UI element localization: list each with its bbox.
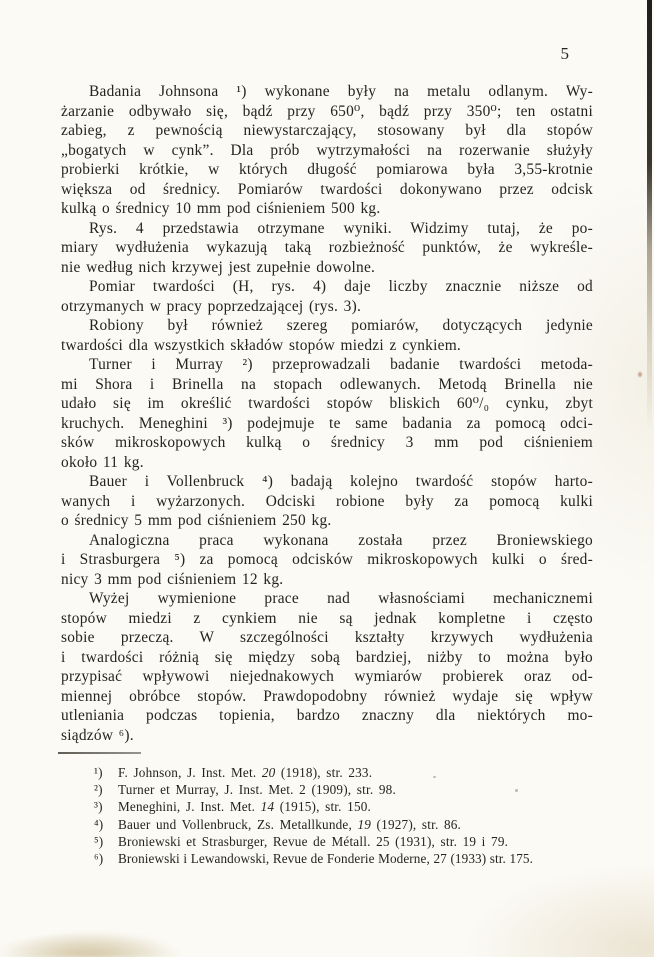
text-line: Analogiczna praca wykonana została przez… [61, 531, 593, 551]
text-line: Turner i Murray ²) przeprowadzali badani… [61, 355, 593, 375]
paper-speck [638, 372, 642, 377]
text-line: sków mikroskopowych kulką o średnicy 3 m… [61, 433, 593, 453]
footnote-citation: Meneghini, J. Inst. Met. [118, 799, 261, 814]
footnote-text: Broniewski i Lewandowski, Revue de Fonde… [118, 850, 593, 867]
footnote-pages: (1915), str. 150. [274, 799, 371, 814]
text-line: Bauer i Vollenbruck ⁴) badają kolejno tw… [61, 472, 593, 492]
footnote-row: ¹) F. Johnson, J. Inst. Met. 20 (1918), … [61, 764, 593, 781]
footnote-pages: (1933) str. 175. [447, 851, 533, 866]
paragraph: Analogiczna praca wykonana została przez… [61, 531, 593, 590]
body-text: Badania Johnsona ¹) wykonane były na met… [61, 82, 593, 745]
footnotes: ¹) F. Johnson, J. Inst. Met. 20 (1918), … [61, 764, 593, 867]
footnote-citation: Bauer und Vollenbruck, Zs. Metallkunde, [118, 817, 357, 832]
footnote-citation: Broniewski i Lewandowski, Revue de Fonde… [118, 851, 433, 866]
text-line: utleniania podczas topienia, bardzo znac… [61, 706, 593, 726]
text-line: „bogatych w cynk”. Dla prób wytrzymałośc… [61, 141, 593, 161]
paragraph: Badania Johnsona ¹) wykonane były na met… [61, 82, 593, 219]
paragraph: Wyżej wymienione prace nad własnościami … [61, 589, 593, 745]
text-line: i Strasburgera ⁵) za pomocą odcisków mik… [61, 550, 593, 570]
footnote-marker: ¹) [94, 764, 118, 781]
text-line: udało się im określić twardości stopów b… [61, 394, 593, 414]
text-line: Rys. 4 przedstawia otrzymane wyniki. Wid… [61, 219, 593, 239]
text-line: probierki krótkie, w których długość pom… [61, 160, 593, 180]
footnote-citation: Turner et Murray, J. Inst. Met. [118, 782, 299, 797]
footnote-text: Meneghini, J. Inst. Met. 14 (1915), str.… [118, 798, 593, 815]
footnote-pages: (1918), str. 233. [275, 765, 372, 780]
text-line: i twardości różnią się między sobą bardz… [61, 648, 593, 668]
paragraph: Rys. 4 przedstawia otrzymane wyniki. Wid… [61, 219, 593, 278]
footnote-marker: ⁵) [94, 833, 118, 850]
text-line: zabieg, z pewnością niewystarczający, st… [61, 121, 593, 141]
footnote-volume: 20 [262, 765, 276, 780]
footnote-separator [58, 752, 141, 754]
footnote-row: ⁶) Broniewski i Lewandowski, Revue de Fo… [61, 850, 593, 867]
footnote-text: Broniewski et Strasburger, Revue de Méta… [118, 833, 593, 850]
footnote-row: ⁴) Bauer und Vollenbruck, Zs. Metallkund… [61, 816, 593, 833]
text-line: Wyżej wymienione prace nad własnościami … [61, 589, 593, 609]
paragraph: Turner i Murray ²) przeprowadzali badani… [61, 355, 593, 472]
paragraph: Pomiar twardości (H, rys. 4) daje liczby… [61, 277, 593, 316]
footnote-volume: 27 [433, 851, 446, 866]
footnote-marker: ³) [94, 798, 118, 815]
page-number: 5 [553, 44, 577, 64]
text-line: kulką o średnicy 10 mm pod ciśnieniem 50… [61, 199, 593, 219]
paragraph: Bauer i Vollenbruck ⁴) badają kolejno tw… [61, 472, 593, 531]
footnote-row: ³) Meneghini, J. Inst. Met. 14 (1915), s… [61, 798, 593, 815]
text-line: twardości dla wszystkich składów stopów … [61, 336, 593, 356]
text-line: Robiony był również szereg pomiarów, dot… [61, 316, 593, 336]
footnote-pages: (1909), str. 98. [306, 782, 396, 797]
footnote-volume: 19 [357, 817, 371, 832]
book-edge-shadow [647, 0, 652, 430]
text-line: przypisać wpływowi niejednakowych wymiar… [61, 667, 593, 687]
footnote-text: Bauer und Vollenbruck, Zs. Metallkunde, … [118, 816, 593, 833]
footnote-volume: 14 [261, 799, 275, 814]
text-line: siądzów ⁶). [61, 726, 593, 746]
scanned-page: 5 Badania Johnsona ¹) wykonane były na m… [0, 0, 654, 957]
footnote-volume: 2 [299, 782, 306, 797]
footnote-pages: (1927), str. 86. [371, 817, 461, 832]
footnote-text: F. Johnson, J. Inst. Met. 20 (1918), str… [118, 764, 593, 781]
text-line: nie według nich krzywej jest zupełnie do… [61, 258, 593, 278]
text-line: Pomiar twardości (H, rys. 4) daje liczby… [61, 277, 593, 297]
footnote-citation: F. Johnson, J. Inst. Met. [118, 765, 262, 780]
paragraph: Robiony był również szereg pomiarów, dot… [61, 316, 593, 355]
text-line: otrzymanych w pracy poprzedzającej (rys.… [61, 297, 593, 317]
text-line: miary wydłużenia wykazują taką rozbieżno… [61, 238, 593, 258]
text-line: Badania Johnsona ¹) wykonane były na met… [61, 82, 593, 102]
footnote-text: Turner et Murray, J. Inst. Met. 2 (1909)… [118, 781, 593, 798]
text-line: wanych i wyżarzonych. Odciski robione by… [61, 492, 593, 512]
footnote-volume: 25 [376, 834, 390, 849]
text-line: kruchych. Meneghini ³) podejmuje te same… [61, 414, 593, 434]
footnote-citation: Broniewski et Strasburger, Revue de Méta… [118, 834, 376, 849]
text-line: miennej obróbce stopów. Prawdopodobny ró… [61, 687, 593, 707]
text-line: większa od średnicy. Pomiarów twardości … [61, 180, 593, 200]
text-line: mi Shora i Brinella na stopach odlewanyc… [61, 375, 593, 395]
footnote-row: ²) Turner et Murray, J. Inst. Met. 2 (19… [61, 781, 593, 798]
paper-stain [8, 930, 183, 957]
footnote-row: ⁵) Broniewski et Strasburger, Revue de M… [61, 833, 593, 850]
text-line: sobie przeczą. W szczególności kształty … [61, 628, 593, 648]
footnote-marker: ²) [94, 781, 118, 798]
footnote-pages: (1931), str. 19 i 79. [390, 834, 508, 849]
text-line: około 11 kg. [61, 453, 593, 473]
text-line: żarzanie odbywało się, bądź przy 650⁰, b… [61, 102, 593, 122]
footnote-marker: ⁶) [94, 850, 118, 867]
text-line: o średnicy 5 mm pod ciśnieniem 250 kg. [61, 511, 593, 531]
footnote-marker: ⁴) [94, 816, 118, 833]
text-line: stopów miedzi z cynkiem nie są jednak ko… [61, 609, 593, 629]
text-line: nicy 3 mm pod ciśnieniem 12 kg. [61, 570, 593, 590]
